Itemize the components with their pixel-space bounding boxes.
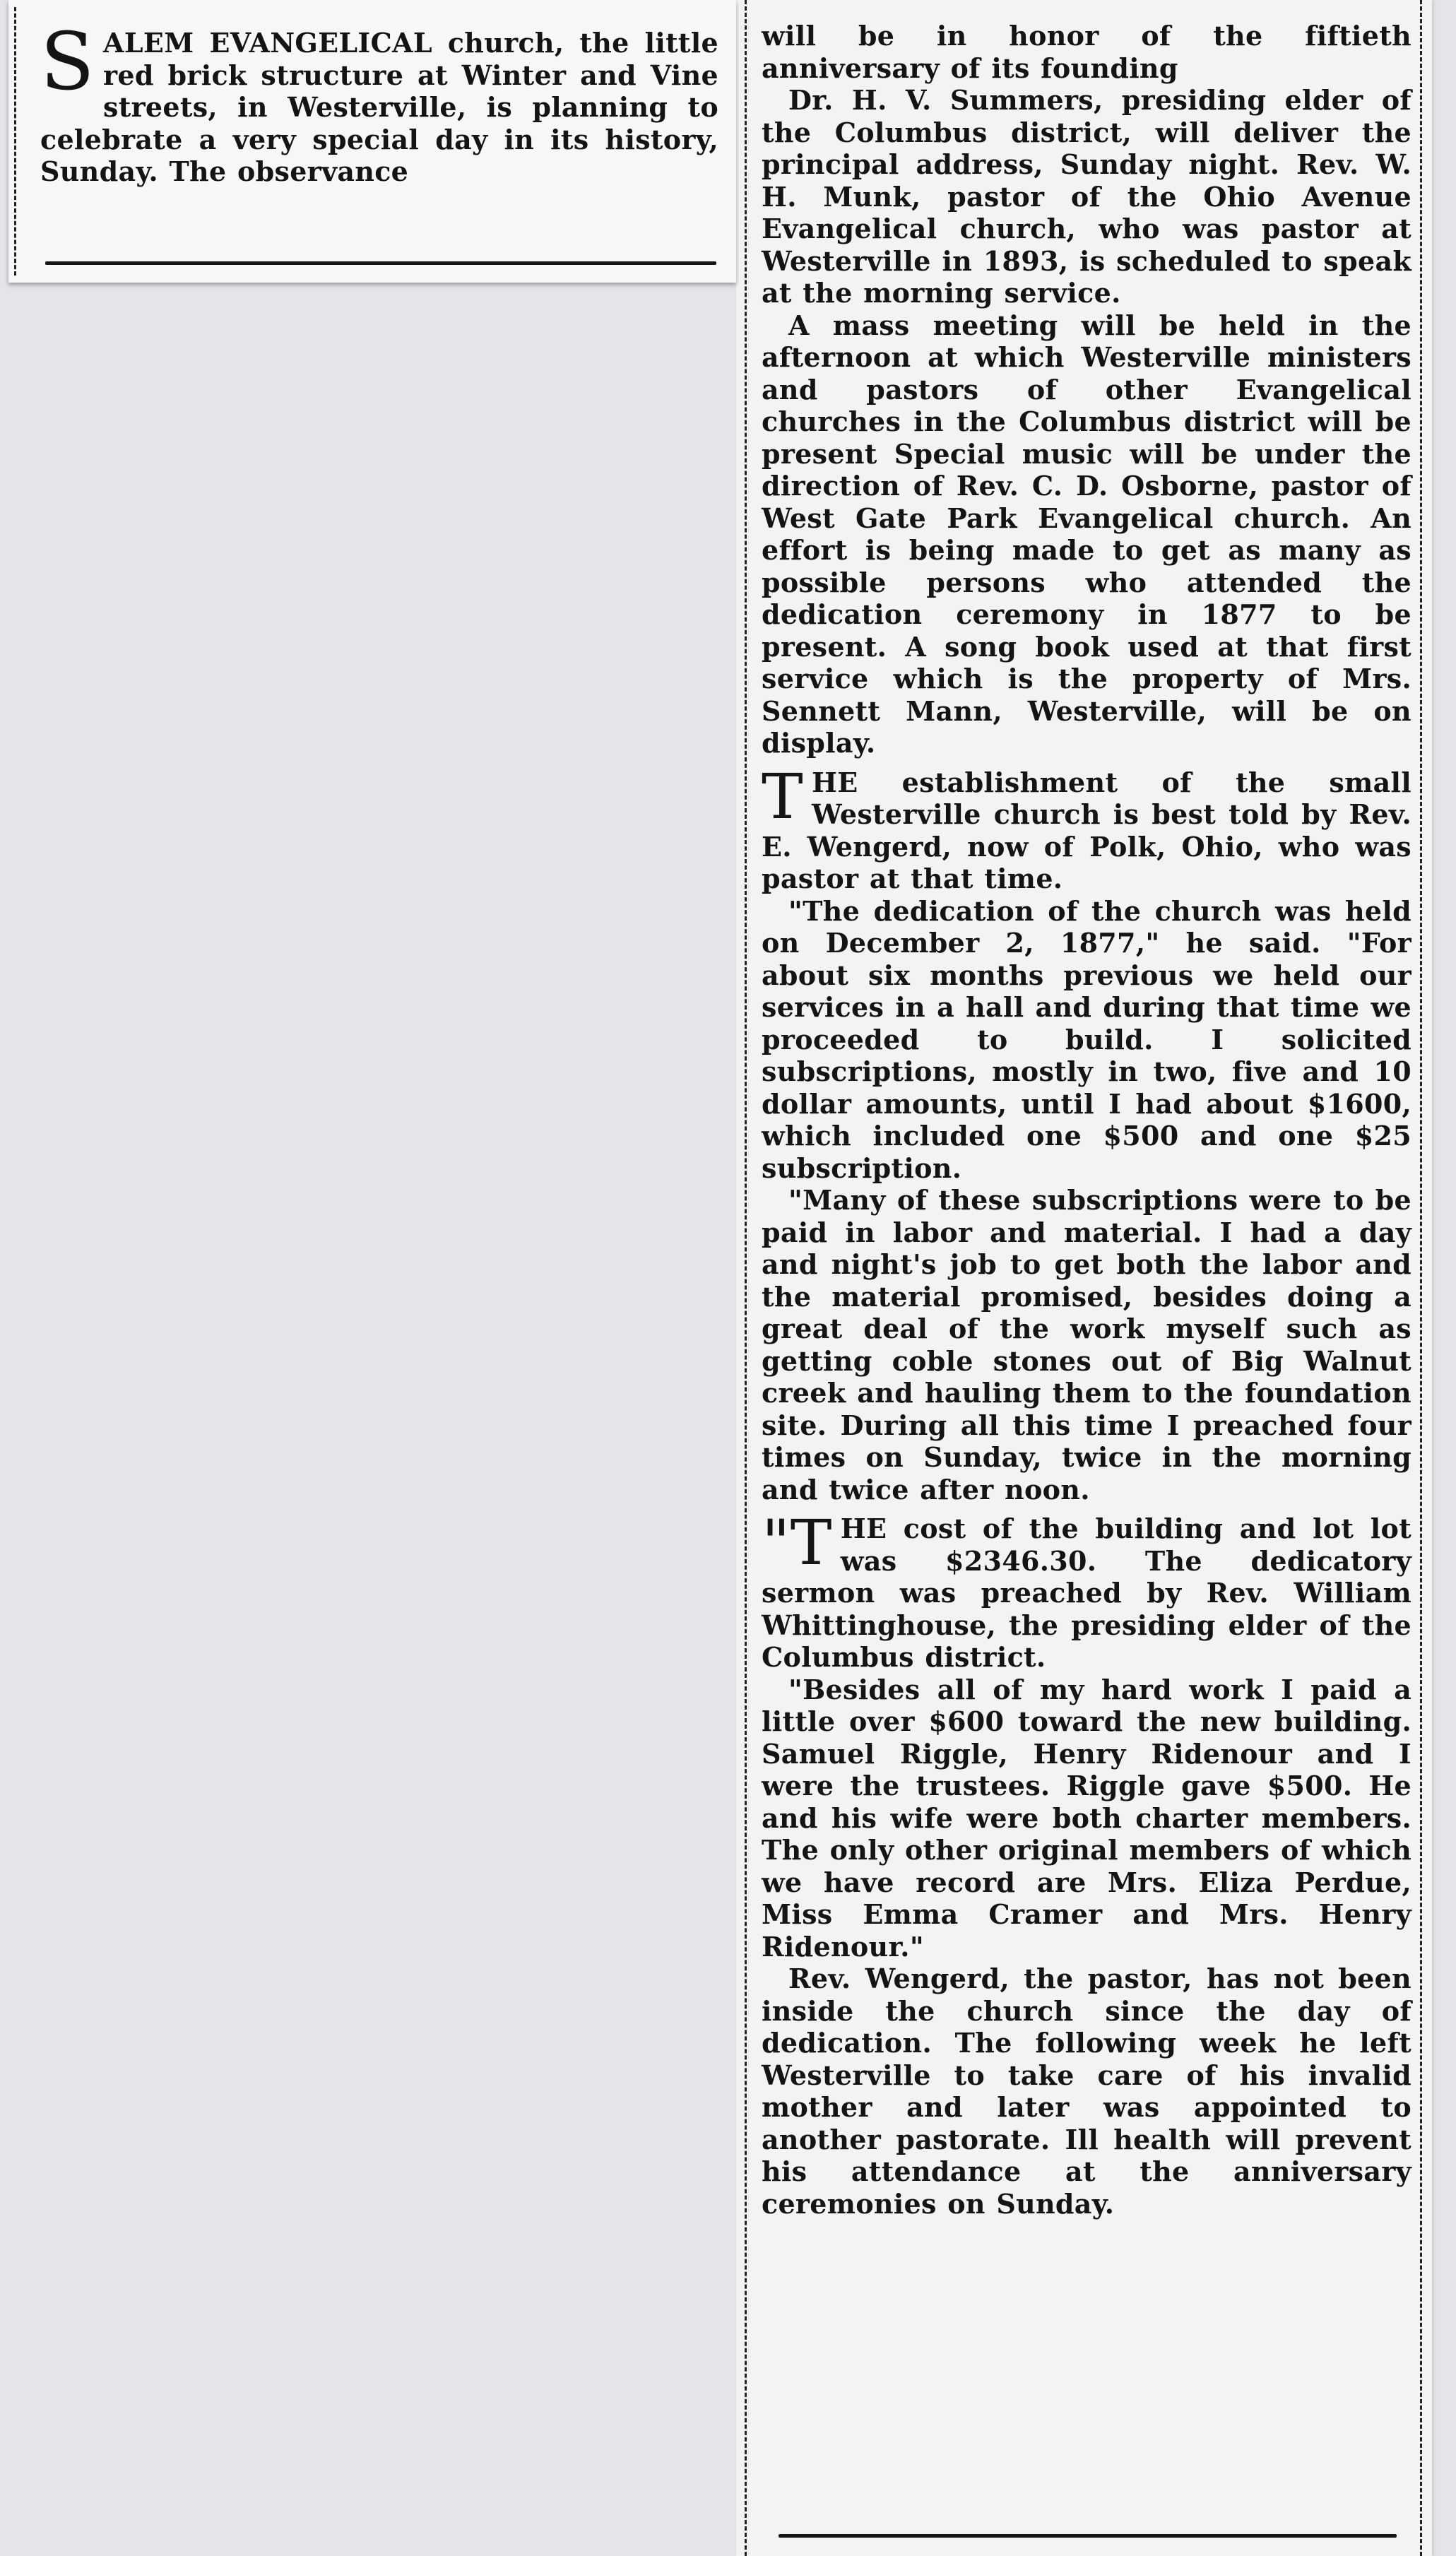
section-paragraph-cost: "THE cost of the building and lot lot wa… (762, 1513, 1411, 1674)
section-paragraph-text: HE cost of the building and lot lot was … (762, 1513, 1411, 1673)
lead-clipping: SALEM EVANGELICAL church, the little red… (8, 0, 736, 283)
column-rule-left (14, 7, 16, 276)
drop-cap-s: S (40, 30, 95, 95)
column-clipping: will be in honor of the fiftieth anniver… (736, 0, 1432, 2556)
drop-cap-t: T (762, 769, 803, 824)
lead-paragraph: SALEM EVANGELICAL church, the little red… (40, 27, 718, 188)
column-rule-right (1420, 0, 1422, 2556)
open-quote-mark: " (762, 1506, 791, 1579)
column-rule-left (745, 0, 747, 2556)
section-divider-rule (45, 261, 716, 265)
paragraph: "Many of these subscriptions were to be … (762, 1184, 1411, 1505)
paragraph: "Besides all of my hard work I paid a li… (762, 1674, 1411, 1963)
paragraph: A mass meeting will be held in the after… (762, 309, 1411, 759)
drop-cap-letter: T (791, 1506, 832, 1579)
column-text-block: will be in honor of the fiftieth anniver… (762, 20, 1411, 2220)
paragraph: Dr. H. V. Summers, presiding elder of th… (762, 84, 1411, 309)
lead-text-block: SALEM EVANGELICAL church, the little red… (40, 27, 718, 188)
drop-cap-quote-t: "T (762, 1515, 832, 1570)
lead-paragraph-text: ALEM EVANGELICAL church, the little red … (40, 27, 718, 187)
section-paragraph-establishment: THE establishment of the small Westervil… (762, 767, 1411, 895)
paragraph: will be in honor of the fiftieth anniver… (762, 20, 1411, 84)
section-paragraph-text: HE establishment of the small Westervill… (762, 767, 1411, 895)
paragraph: "The dedication of the church was held o… (762, 895, 1411, 1185)
paragraph: Rev. Wengerd, the pastor, has not been i… (762, 1963, 1411, 2220)
end-divider-rule (779, 2534, 1397, 2538)
